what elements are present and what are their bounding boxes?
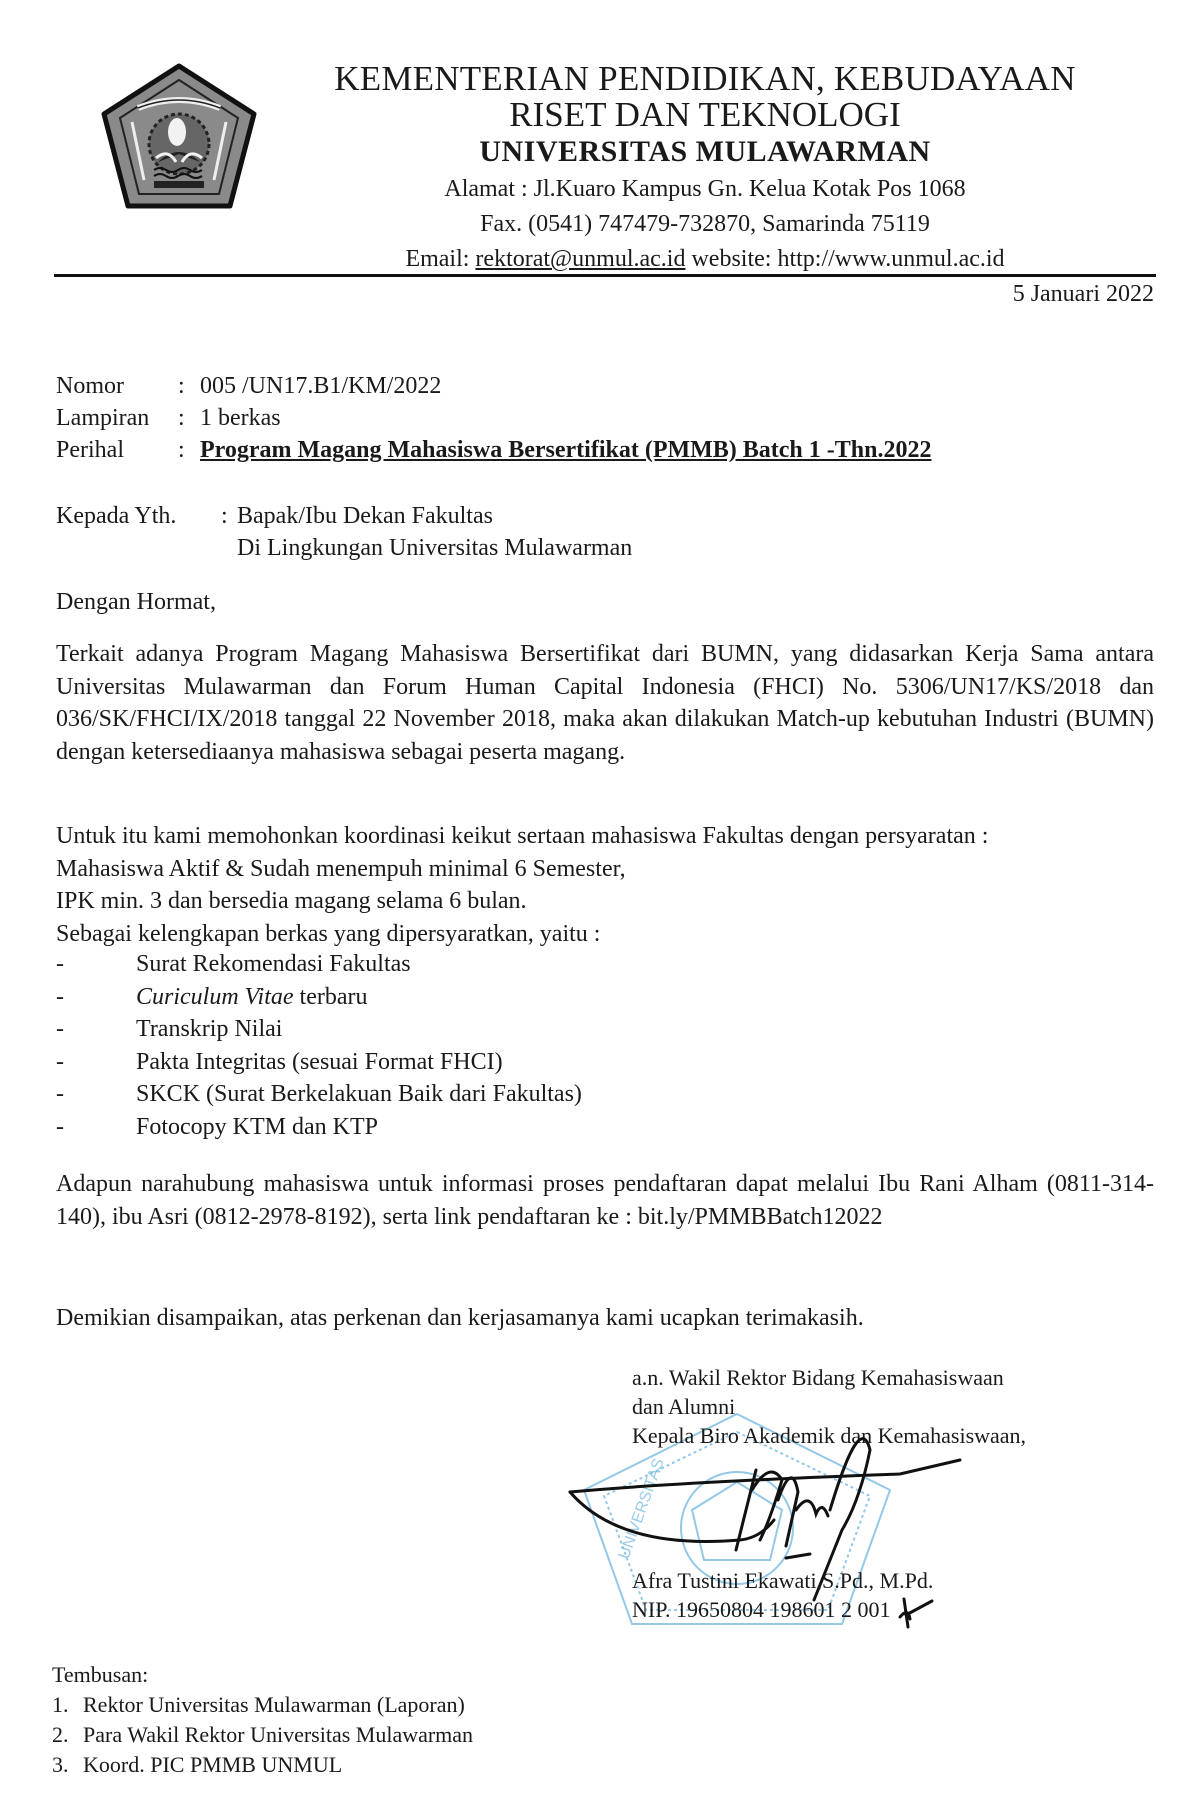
initial-paraf-icon [896, 1595, 936, 1629]
list-item: -SKCK (Surat Berkelakuan Baik dari Fakul… [56, 1078, 582, 1111]
list-item: 2.Para Wakil Rektor Universitas Mulawarm… [52, 1720, 473, 1750]
letterhead: KEMENTERIAN PENDIDIKAN, KEBUDAYAAN RISET… [270, 60, 1140, 277]
recipient-block: Kepada Yth. : Bapak/Ibu Dekan Fakultas D… [56, 500, 632, 564]
paragraph-2-line: Mahasiswa Aktif & Sudah menempuh minimal… [56, 853, 1154, 886]
requirements-list: -Surat Rekomendasi Fakultas -Curiculum V… [56, 948, 582, 1143]
list-item: -Curiculum Vitae terbaru [56, 981, 582, 1014]
signatory-identity: Afra Tustini Ekawati,S.Pd., M.Pd. NIP. 1… [632, 1566, 936, 1629]
signatory-title-1: a.n. Wakil Rektor Bidang Kemahasiswaan [632, 1363, 1026, 1392]
nomor-value: 005 /UN17.B1/KM/2022 [200, 370, 441, 402]
signatory-title-2: dan Alumni [632, 1392, 1026, 1421]
website-link[interactable]: http://www.unmul.ac.id [777, 246, 1004, 272]
lampiran-value: 1 berkas [200, 402, 281, 434]
letter-date: 5 Januari 2022 [1013, 278, 1154, 310]
bullet: - [56, 1013, 136, 1046]
paragraph-1: Terkait adanya Program Magang Mahasiswa … [56, 638, 1154, 768]
letter-meta: Nomor : 005 /UN17.B1/KM/2022 Lampiran : … [56, 370, 931, 466]
lampiran-row: Lampiran : 1 berkas [56, 402, 931, 434]
paragraph-2-line: Untuk itu kami memohonkan koordinasi kei… [56, 820, 1154, 853]
recipient-line2: Di Lingkungan Universitas Mulawarman [56, 532, 632, 564]
perihal-row: Perihal : Program Magang Mahasiswa Berse… [56, 434, 931, 466]
recipient-label: Kepada Yth. [56, 500, 221, 532]
perihal-value: Program Magang Mahasiswa Bersertifikat (… [200, 434, 931, 466]
separator: : [221, 500, 237, 532]
university-crest-icon [98, 62, 260, 212]
lampiran-label: Lampiran [56, 402, 178, 434]
address-line: Alamat : Jl.Kuaro Kampus Gn. Kelua Kotak… [270, 172, 1140, 207]
email-label: Email: [405, 246, 469, 272]
bullet: - [56, 981, 136, 1014]
list-item: -Pakta Integritas (sesuai Format FHCI) [56, 1046, 582, 1079]
cc-title: Tembusan: [52, 1660, 473, 1690]
list-item: -Fotocopy KTM dan KTP [56, 1111, 582, 1144]
contact-line: Email: rektorat@unmul.ac.id website: htt… [270, 242, 1140, 277]
ministry-name: KEMENTERIAN PENDIDIKAN, KEBUDAYAAN [270, 60, 1140, 98]
email-link[interactable]: rektorat@unmul.ac.id [475, 246, 685, 272]
nomor-label: Nomor [56, 370, 178, 402]
letterhead-divider [54, 274, 1156, 277]
carbon-copy-block: Tembusan: 1.Rektor Universitas Mulawarma… [52, 1660, 473, 1780]
closing-paragraph: Demikian disampaikan, atas perkenan dan … [56, 1302, 1154, 1335]
signatory-nip: NIP. 19650804 198601 2 001 [632, 1595, 936, 1629]
bullet: - [56, 1046, 136, 1079]
list-item: 3.Koord. PIC PMMB UNMUL [52, 1750, 473, 1780]
paragraph-2-line: Sebagai kelengkapan berkas yang dipersya… [56, 918, 1154, 951]
list-item: 1.Rektor Universitas Mulawarman (Laporan… [52, 1690, 473, 1720]
ministry-name-line2: RISET DAN TEKNOLOGI [270, 98, 1140, 132]
university-name: UNIVERSITAS MULAWARMAN [270, 132, 1140, 172]
paragraph-2-line: IPK min. 3 dan bersedia magang selama 6 … [56, 885, 1154, 918]
perihal-label: Perihal [56, 434, 178, 466]
paragraph-3-contacts: Adapun narahubung mahasiswa untuk inform… [56, 1168, 1154, 1233]
greeting: Dengan Hormat, [56, 586, 1154, 619]
nomor-row: Nomor : 005 /UN17.B1/KM/2022 [56, 370, 931, 402]
recipient-line1: Bapak/Ibu Dekan Fakultas [237, 500, 493, 532]
website-label: website: [691, 246, 771, 272]
paragraph-2: Untuk itu kami memohonkan koordinasi kei… [56, 820, 1154, 950]
bullet: - [56, 1111, 136, 1144]
list-item: -Transkrip Nilai [56, 1013, 582, 1046]
list-item: -Surat Rekomendasi Fakultas [56, 948, 582, 981]
signatory-name: Afra Tustini Ekawati,S.Pd., M.Pd. [632, 1566, 936, 1595]
separator: : [178, 402, 200, 434]
cc-list: 1.Rektor Universitas Mulawarman (Laporan… [52, 1690, 473, 1780]
separator: : [178, 434, 200, 466]
bullet: - [56, 948, 136, 981]
fax-line: Fax. (0541) 747479-732870, Samarinda 751… [270, 207, 1140, 242]
bullet: - [56, 1078, 136, 1111]
separator: : [178, 370, 200, 402]
